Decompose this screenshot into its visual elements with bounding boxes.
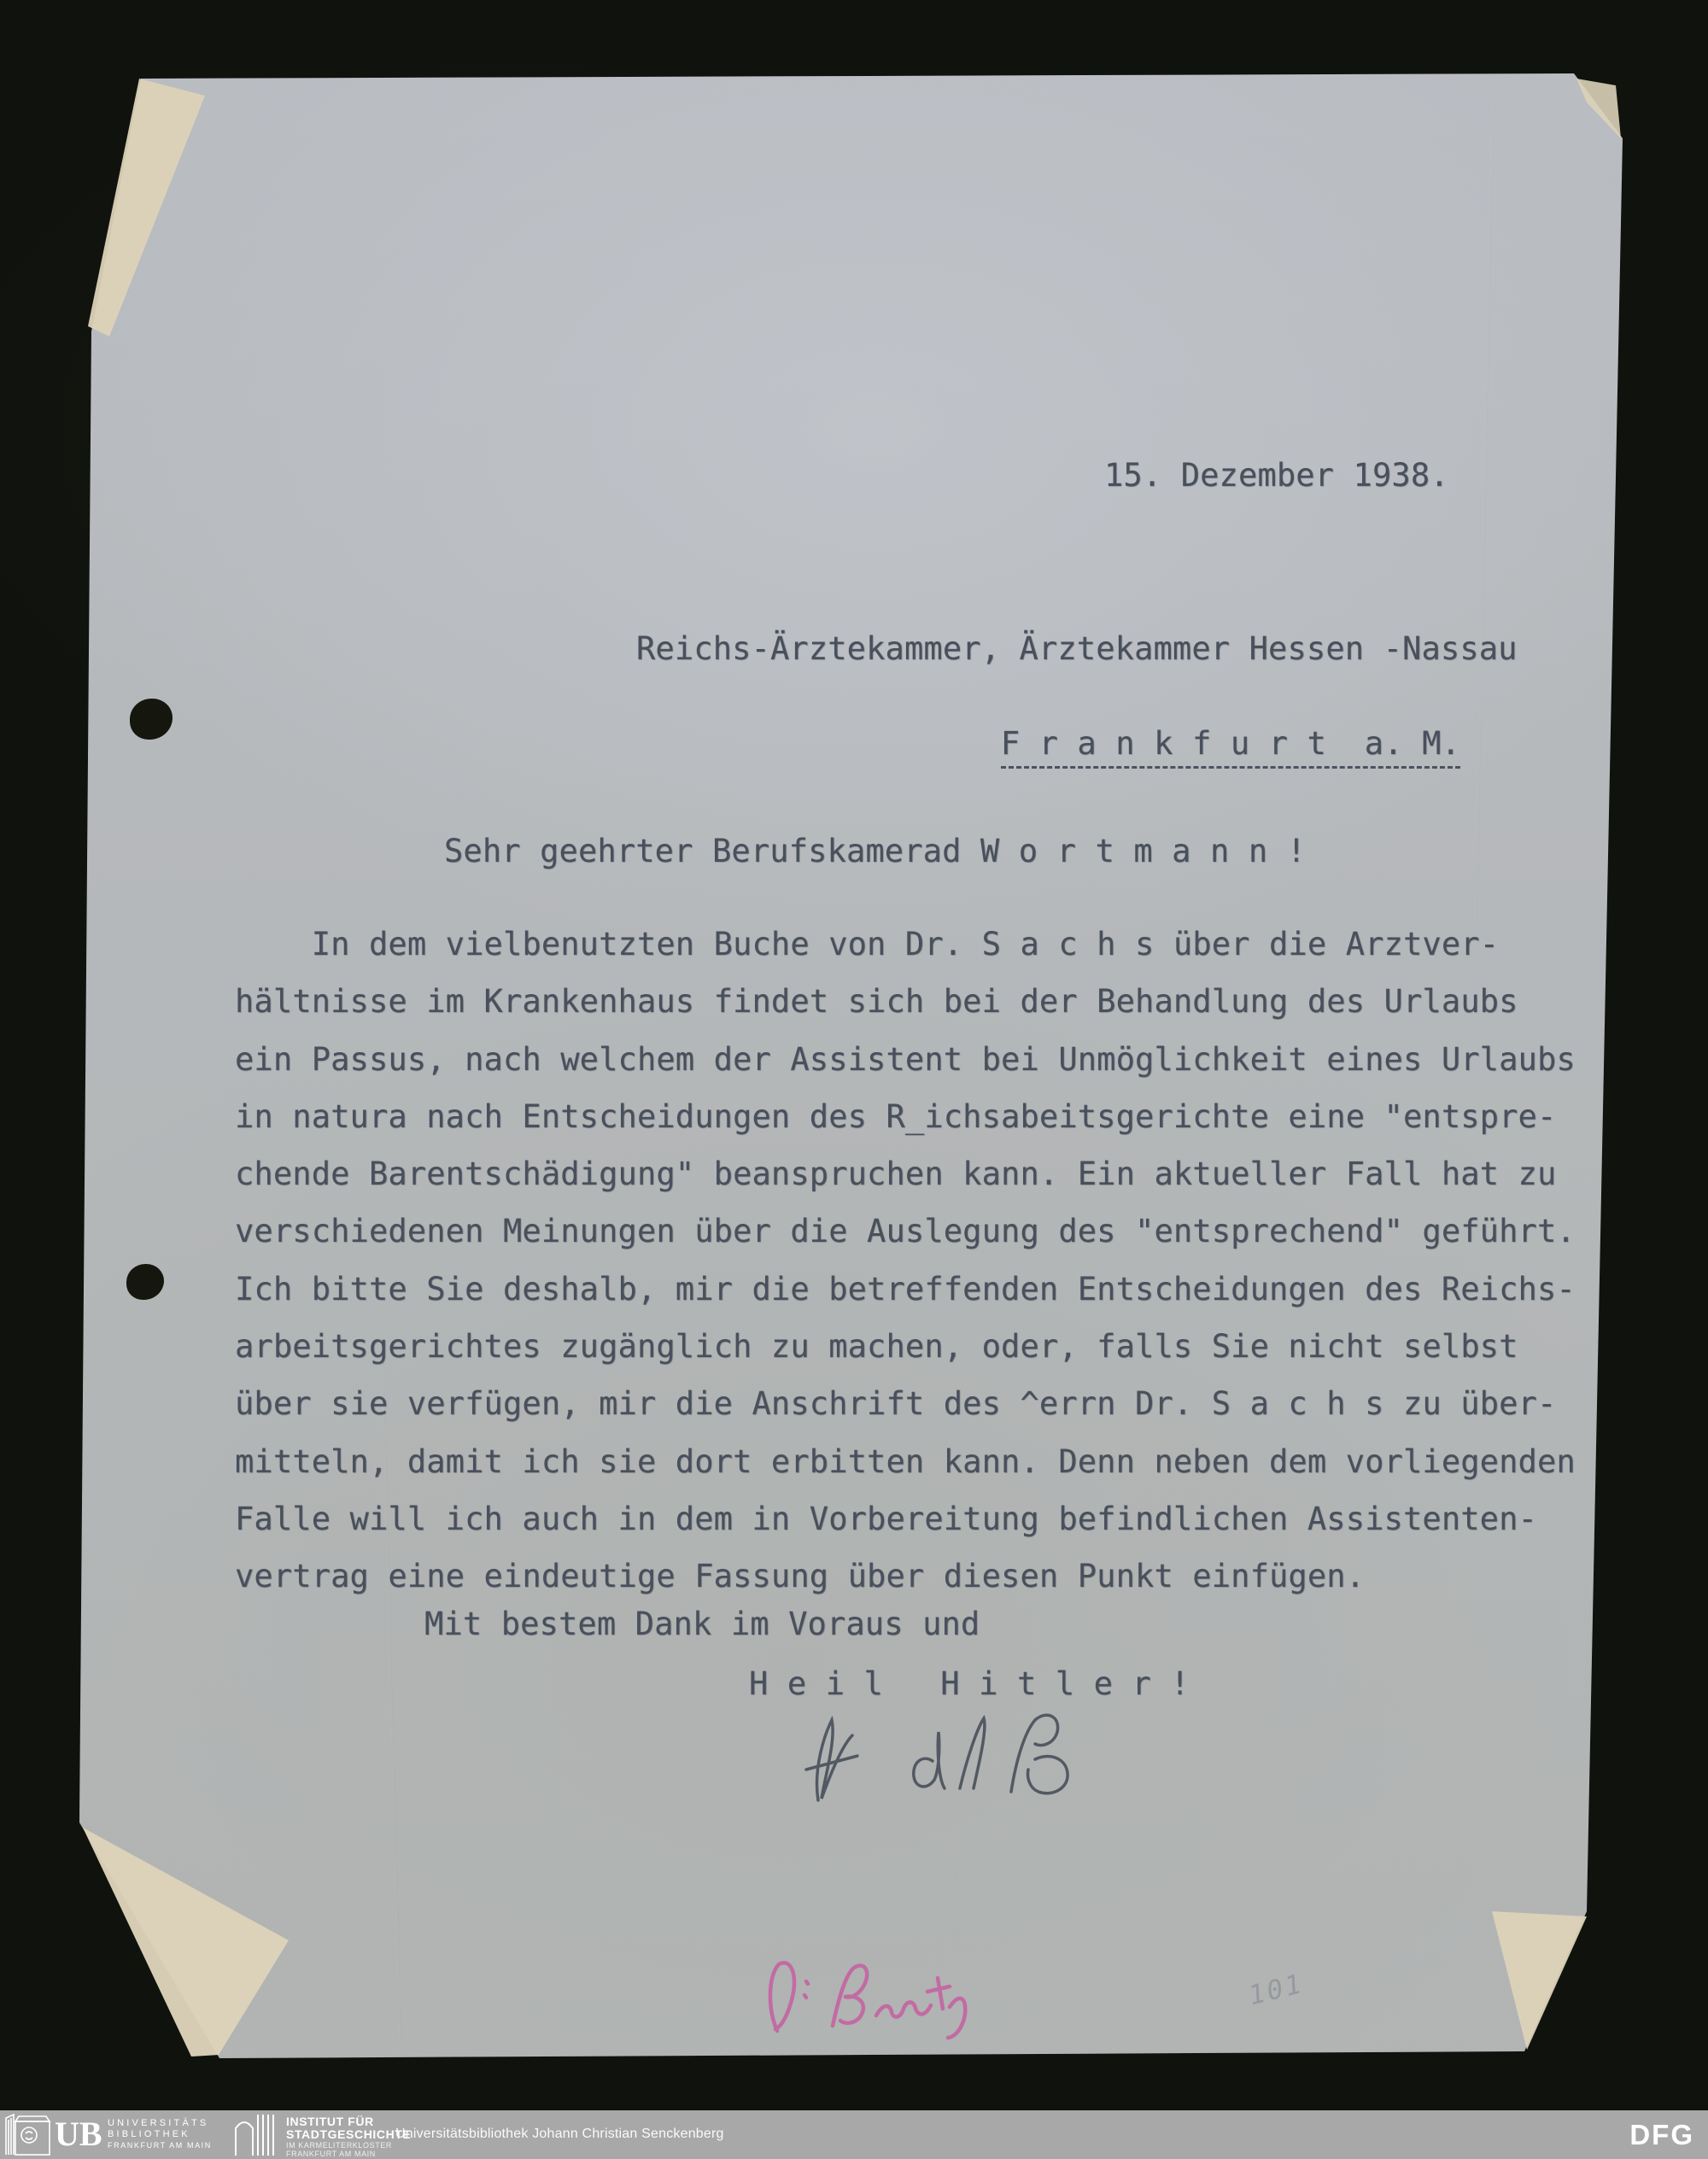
paper-crease [1475,84,1495,921]
closing-thanks: Mit bestem Dank im Voraus und [424,1606,980,1642]
institut-logo-text-line: STADTGESCHICHTE [286,2128,411,2141]
letter-body-line: mitteln, damit ich sie dort erbitten kan… [235,1433,1576,1490]
letter-body-line: hältnisse im Krankenhaus findet sich bei… [235,973,1576,1030]
recipient-city: F r a n k f u r t a. M. [924,688,1460,799]
institut-logo-text: INSTITUT FÜRSTADTGESCHICHTEIM KARMELITER… [286,2115,411,2158]
institut-logo-text-line: IM KARMELITERKLOSTER [286,2141,411,2150]
letter-body-line: In dem vielbenutzten Buche von Dr. S a c… [235,916,1576,973]
recipient-line: Reichs-Ärztekammer, Ärztekammer Hessen -… [636,630,1518,667]
ub-logo-abbrev: UB [55,2117,102,2151]
letter-body-line: Falle will ich auch in dem in Vorbereitu… [235,1490,1576,1548]
library-attribution: Universitätsbibliothek Johann Christian … [395,2127,724,2142]
ub-logo-text-line: FRANKFURT AM MAIN [108,2140,212,2151]
letter-body-line: Ich bitte Sie deshalb, mir die betreffen… [235,1261,1576,1318]
salutation: Sehr geehrter Berufskamerad W o r t m a … [444,833,1306,869]
letter-body-line: chende Barentschädigung" beanspruchen ka… [235,1145,1576,1202]
letter-body-line: verschiedenen Meinungen über die Auslegu… [235,1202,1576,1260]
institut-logo-text-line: FRANKFURT AM MAIN [286,2150,411,2158]
ub-library-emblem-icon [3,2113,53,2156]
institut-logo-text-line: INSTITUT FÜR [286,2115,411,2128]
letter-body-line: über sie verfügen, mir die Anschrift des… [235,1375,1576,1432]
letter-body-line: ein Passus, nach welchem der Assistent b… [235,1031,1576,1088]
institut-stadtgeschichte-icon [232,2115,277,2156]
letter-body: In dem vielbenutzten Buche von Dr. S a c… [235,916,1576,1606]
dfg-logo: DFG [1629,2119,1694,2151]
letter-body-line: arbeitsgerichtes zugänglich zu machen, o… [235,1318,1576,1375]
letter-date: 15. Dezember 1938. [1104,457,1449,494]
closing-salute: H e i l H i t l e r ! [749,1665,1190,1702]
letter-body-line: in natura nach Entscheidungen des R_ichs… [235,1088,1576,1145]
footer-bar: UB UNIVERSITÄTSBIBLIOTHEKFRANKFURT AM MA… [0,2110,1708,2159]
letter-body-line: vertrag eine eindeutige Fassung über die… [235,1548,1576,1605]
ub-logo-text: UNIVERSITÄTSBIBLIOTHEKFRANKFURT AM MAIN [108,2118,212,2151]
paper-crease [947,1852,956,2057]
ub-logo-text-line: UNIVERSITÄTS [108,2118,212,2129]
recipient-city-text: F r a n k f u r t a. M. [1001,725,1460,769]
ub-logo-text-line: BIBLIOTHEK [108,2129,212,2140]
scan-viewer: 15. Dezember 1938. Reichs-Ärztekammer, Ä… [0,0,1708,2159]
